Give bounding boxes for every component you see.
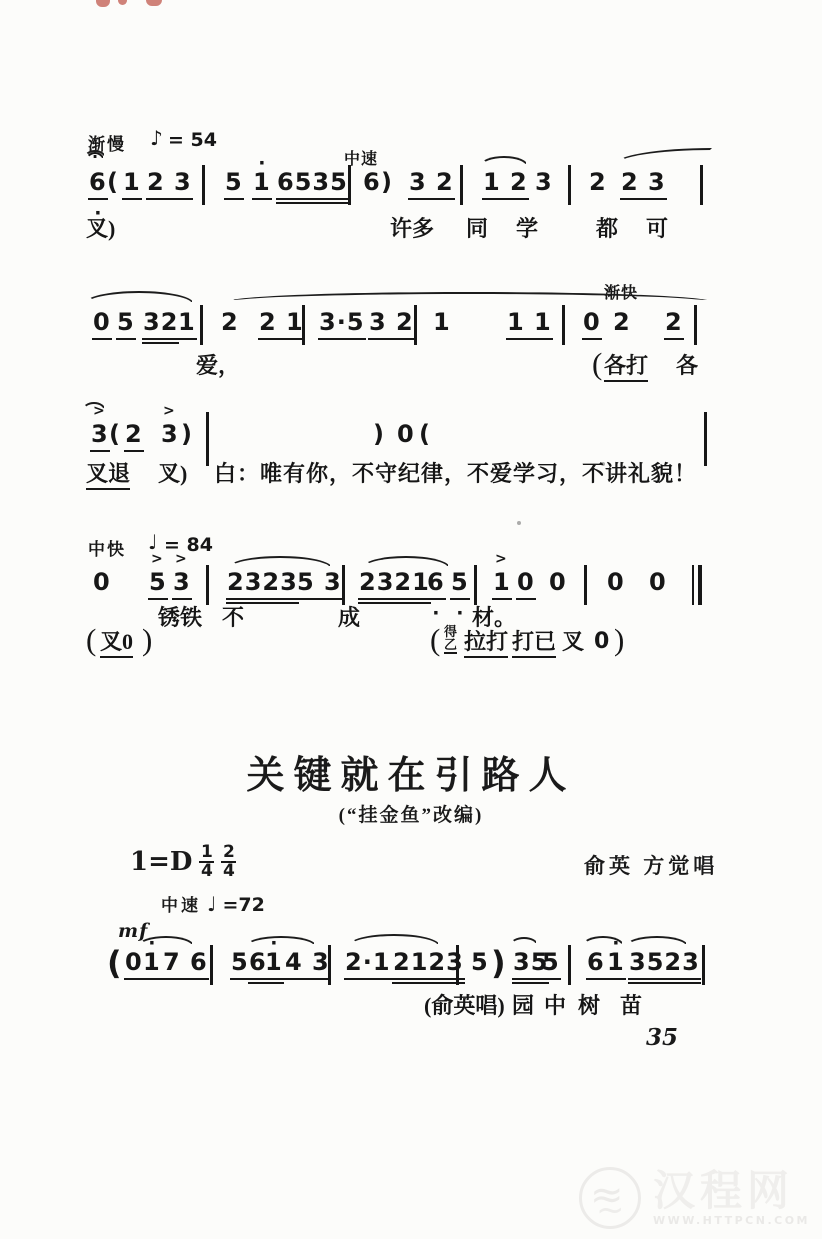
note-token: ( (106, 168, 119, 196)
note-token: ) (372, 420, 385, 448)
note-number: 5 (230, 948, 250, 980)
note-token: >3 (160, 420, 180, 448)
note-number: 3 (534, 168, 554, 196)
note-number: 2 (612, 308, 632, 336)
lyric-syllable: 树 (578, 992, 600, 1019)
lyric-syllable: 爱， (196, 352, 240, 379)
note-number: 3 (90, 420, 110, 452)
note-token: 0 (124, 948, 144, 980)
tempo-marking: 中速 ♩ =72 (161, 891, 265, 916)
note-number: 1 (432, 308, 452, 336)
accent-mark: > (495, 553, 507, 565)
note-token: 0 (92, 568, 112, 596)
meter-fraction: 14 (199, 845, 214, 879)
note-token: 1 (177, 308, 197, 340)
barline (206, 565, 209, 605)
note-token: 4 3 (284, 948, 331, 980)
note-number: 5 (470, 948, 490, 976)
scan-artifact (146, 0, 162, 6)
note-token: 6· (88, 168, 108, 200)
note-token: 2 (124, 420, 144, 452)
tempo-note-icon: ♩ (207, 892, 216, 916)
note-token: 0 (92, 308, 112, 340)
percussion-syllable: 拉打 (464, 628, 508, 658)
note-number: 5 (116, 308, 136, 340)
sheet-music-page: 渐慢♪= 54中速6·(12 351·65356)3 21 2322 3叉)许多… (0, 0, 822, 1239)
note-token: ( (418, 420, 431, 448)
lyric-syllable: 同 (466, 215, 488, 242)
note-number: 1 (122, 168, 142, 200)
octave-dot-above: · (606, 939, 626, 947)
lyric-syllable: 可 (646, 215, 668, 242)
note-number: ) (380, 168, 393, 196)
performers: 俞英 方觉唱 (584, 850, 718, 880)
tempo-value: = 54 (168, 129, 217, 151)
note-number: ) (372, 420, 385, 448)
note-token: 6· (426, 568, 446, 600)
lyric-syllable: 叉) (158, 460, 187, 487)
lyric-syllable: 学 (516, 215, 538, 242)
watermark-url: WWW.HTTPCN.COM (653, 1214, 810, 1227)
note-token: 2 3 (146, 168, 193, 200)
lyric-syllable: (俞英唱) (424, 992, 505, 1019)
note-number: 1 (177, 308, 197, 340)
octave-dot-above: · (142, 939, 162, 947)
lyric-syllable: ( (592, 349, 602, 378)
percussion-syllable: 叉0 (100, 628, 133, 658)
note-token: 2 1 (258, 308, 305, 340)
note-token: 2 (612, 308, 632, 336)
note-number: 1 2 (482, 168, 529, 200)
lyric-syllable: 各打 (604, 352, 648, 382)
note-token: ( (108, 420, 121, 448)
note-token: 1· (606, 948, 626, 980)
note-token: 3·5 (318, 308, 366, 340)
lyric-syllable: 苗 (620, 992, 642, 1019)
note-number: 2321 (358, 568, 431, 600)
note-number: 5 (148, 568, 168, 600)
note-token: 5 3 (296, 568, 343, 600)
note-token: 1 (122, 168, 142, 200)
note-token: 0 (582, 308, 602, 340)
note-number: 3 (172, 568, 192, 600)
slur-arc (480, 156, 528, 166)
percussion-syllable: ( (430, 625, 440, 654)
note-number: 6535 (276, 168, 349, 200)
lyric-syllable: 锈铁 (158, 604, 202, 631)
note-token: >3 (90, 420, 110, 452)
percussion-syllable: ) (142, 625, 152, 654)
lyric-syllable: 不 (222, 604, 244, 631)
song-subtitle: (“挂金鱼”改编) (0, 800, 822, 827)
note-number: 6 (362, 168, 382, 196)
note-token: 1 (432, 308, 452, 336)
note-number: 0 (648, 568, 668, 596)
note-token: 5· (450, 568, 470, 600)
slur-arc (228, 556, 332, 568)
accent-mark: > (93, 405, 105, 417)
accent-mark: > (163, 405, 175, 417)
note-token: 2 3 (620, 168, 667, 200)
note-number: ( (106, 948, 123, 978)
note-number: 32 (142, 308, 179, 340)
slur-arc (362, 556, 450, 568)
key-signature: 1=D 1424 (130, 845, 236, 879)
time-signatures: 1424 (199, 845, 236, 879)
note-token: 0 (396, 420, 416, 448)
note-token: 5 (230, 948, 250, 980)
note-number: 5 (450, 568, 470, 600)
note-token: 0 (648, 568, 668, 596)
note-number: 0 (606, 568, 626, 596)
meter-fraction: 24 (221, 845, 236, 879)
tempo-note-icon: ♪ (150, 126, 163, 150)
note-number: 0 (92, 568, 112, 596)
barline (474, 565, 477, 605)
note-number: 2123 (392, 948, 465, 980)
note-number: 5 (224, 168, 244, 200)
tempo-value: =72 (222, 894, 264, 916)
note-number: 3523 (628, 948, 701, 980)
note-token: 5 (116, 308, 136, 340)
lyric-syllable: 园 (512, 992, 534, 1019)
note-token: 0 (548, 568, 568, 596)
percussion-syllable: 得乙 (444, 625, 457, 654)
barline (562, 305, 565, 345)
note-number: 6 (586, 948, 606, 980)
song-title: 关键就在引路人 (0, 744, 822, 799)
barline (302, 305, 305, 345)
lyric-syllable: 叉) (86, 215, 115, 242)
note-number: 1 1 (506, 308, 553, 340)
note-number: 5 3 (296, 568, 343, 600)
note-number: 7 6 (162, 948, 209, 980)
note-token: ) (180, 420, 193, 448)
lyric-syllable: 许多 (390, 215, 434, 242)
note-number: 2 (220, 308, 240, 336)
watermark-brand: 汉程网 (653, 1170, 810, 1214)
barline (568, 945, 571, 985)
note-number: 2 (124, 420, 144, 452)
note-token: 1 1 (506, 308, 553, 340)
note-number: 2323 (226, 568, 299, 600)
note-token: 2323 (226, 568, 299, 600)
note-token: ) (380, 168, 393, 196)
note-token: 2·1 (344, 948, 392, 980)
note-number: 0 (548, 568, 568, 596)
note-token: 6 (362, 168, 382, 196)
note-token: 6 (586, 948, 606, 980)
note-number: 5 (541, 948, 561, 980)
note-number: ( (108, 420, 121, 448)
note-token: 1· (252, 168, 272, 200)
barline (694, 305, 697, 345)
tempo-label: 中速 (161, 891, 201, 916)
note-token: >3 (172, 568, 192, 600)
note-number: 3 2 (408, 168, 455, 200)
note-number: ) (490, 948, 507, 978)
note-number: 0 (516, 568, 536, 600)
barline (460, 165, 463, 205)
octave-dot-below: · (450, 609, 470, 617)
note-number: 0 (396, 420, 416, 448)
note-number: 2 3 (620, 168, 667, 200)
note-number: 6 (426, 568, 446, 600)
octave-dot-above: · (252, 159, 272, 167)
note-token: 1 2 (482, 168, 529, 200)
note-number: 3 2 (368, 308, 415, 340)
lyric-syllable: 成 (338, 604, 360, 631)
barline (328, 945, 331, 985)
note-token: 2123 (392, 948, 465, 980)
barline (210, 945, 213, 985)
percussion-syllable: 打已 (512, 628, 556, 658)
slur-arc (348, 934, 440, 946)
scan-artifact (96, 0, 110, 7)
barline (348, 165, 351, 205)
lyric-syllable: 叉退 (86, 460, 130, 490)
lyric-syllable: 都 (596, 215, 618, 242)
barline (206, 412, 209, 466)
note-number: 2 (588, 168, 608, 196)
note-token: ( (106, 948, 123, 980)
tempo-label: 中快 (88, 535, 126, 560)
note-number: 0 (124, 948, 144, 980)
note-token: 2321 (358, 568, 431, 600)
lyric-syllable: 白：唯有你，不守纪律，不爱学习，不讲礼貌！ (214, 460, 697, 487)
note-number: ( (106, 168, 119, 196)
page-number: 35 (646, 1024, 678, 1051)
note-token: 32 (142, 308, 179, 340)
slur-arc (84, 291, 194, 304)
note-number: 1 (492, 568, 512, 600)
tempo-value: = 84 (164, 534, 213, 556)
note-token: 3523 (628, 948, 701, 980)
key-label: 1=D (130, 847, 192, 877)
percussion-syllable: 叉 (562, 628, 584, 655)
note-token: 1· (264, 948, 284, 980)
note-number: 4 3 (284, 948, 331, 980)
note-token: >5 (148, 568, 168, 600)
lyric-syllable: 材。 (472, 604, 516, 631)
percussion-syllable: 0 (594, 628, 609, 655)
note-number: ) (180, 420, 193, 448)
note-token: 3 2 (408, 168, 455, 200)
accent-mark: > (175, 553, 187, 565)
note-token: 2 (220, 308, 240, 336)
note-number: 2 3 (146, 168, 193, 200)
note-number: 2 1 (258, 308, 305, 340)
note-number: 2·1 (344, 948, 392, 980)
note-token: ) (490, 948, 507, 980)
slur-arc (614, 148, 712, 165)
note-token: 3 2 (368, 308, 415, 340)
lyric-syllable: 各 (676, 352, 698, 379)
note-number: 0 (582, 308, 602, 340)
barline (456, 945, 459, 985)
accent-mark: > (151, 553, 163, 565)
slur-arc (226, 292, 712, 302)
scan-artifact (118, 0, 127, 5)
barline (704, 412, 707, 466)
note-number: 3 (160, 420, 180, 448)
note-number: 0 (92, 308, 112, 340)
slur-arc (510, 937, 538, 945)
note-number: ( (418, 420, 431, 448)
barline (568, 165, 571, 205)
note-token: 5 (470, 948, 490, 976)
note-token: 3 (534, 168, 554, 196)
percussion-syllable: ) (614, 625, 624, 654)
note-token: >1 (492, 568, 512, 600)
barline (342, 565, 345, 605)
slur-arc (626, 936, 688, 946)
note-number: 2 (664, 308, 684, 340)
octave-dot-above: · (264, 939, 284, 947)
note-token: 1· (142, 948, 162, 980)
scan-speck (517, 521, 521, 525)
note-token: 5 (224, 168, 244, 200)
lyric-syllable: 中 (544, 992, 566, 1019)
barline (700, 165, 703, 205)
octave-dot-below: · (426, 609, 446, 617)
barline (202, 165, 205, 205)
watermark-logo-icon (579, 1167, 641, 1229)
barline (200, 305, 203, 345)
watermark: 汉程网 WWW.HTTPCN.COM (579, 1167, 810, 1229)
note-token: 0 (606, 568, 626, 596)
note-token: 2 (588, 168, 608, 196)
barline (584, 565, 587, 605)
note-number: 3·5 (318, 308, 366, 340)
final-barline (692, 565, 702, 605)
note-token: 5 (541, 948, 561, 980)
note-token: 6535 (276, 168, 349, 200)
note-token: 2 (664, 308, 684, 340)
barline (702, 945, 705, 985)
percussion-syllable: ( (86, 625, 96, 654)
note-number: 6 (88, 168, 108, 200)
note-token: 7 6 (162, 948, 209, 980)
note-token: 0 (516, 568, 536, 600)
barline (414, 305, 417, 345)
